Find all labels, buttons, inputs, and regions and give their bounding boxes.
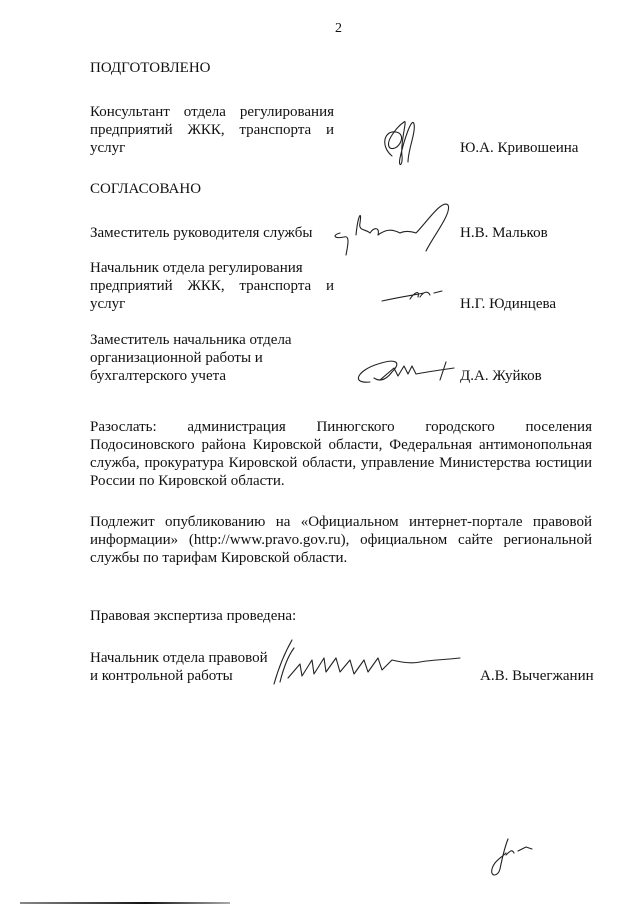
distribution-line-3: служба, прокуратура Кировской области, у… bbox=[90, 454, 592, 472]
signature-vychegzhanin bbox=[270, 636, 465, 688]
signer-3-position-line-3: бухгалтерского учета bbox=[90, 367, 226, 385]
distribution-line-4: России по Кировской области. bbox=[90, 472, 285, 490]
publication-line-2: информации» (http://www.pravo.gov.ru), о… bbox=[90, 531, 592, 549]
legal-review-position-line-2: и контрольной работы bbox=[90, 667, 233, 685]
signer-1-position-line-1: Заместитель руководителя службы bbox=[90, 224, 312, 242]
prepared-position-line-1: Консультант отдела регулирования bbox=[90, 103, 334, 121]
signer-1-name: Н.В. Мальков bbox=[460, 224, 548, 242]
signer-2-position-line-3: услуг bbox=[90, 295, 125, 313]
signature-yudintseva bbox=[380, 285, 450, 305]
prepared-position-line-2: предприятий ЖКК, транспорта и bbox=[90, 121, 334, 139]
signer-2-position-line-2: предприятий ЖКК, транспорта и bbox=[90, 277, 334, 295]
legal-review-name: А.В. Вычегжанин bbox=[480, 667, 594, 685]
legal-review-heading: Правовая экспертиза проведена: bbox=[90, 607, 296, 625]
legal-review-position-line-1: Начальник отдела правовой bbox=[90, 649, 268, 667]
bottom-rule bbox=[20, 902, 230, 904]
initials-mark bbox=[480, 835, 540, 880]
prepared-position-line-3: услуг bbox=[90, 139, 125, 157]
publication-line-3: службы по тарифам Кировской области. bbox=[90, 549, 347, 567]
signer-3-position-line-1: Заместитель начальника отдела bbox=[90, 331, 292, 349]
publication-line-1: Подлежит опубликованию на «Официальном и… bbox=[90, 513, 592, 531]
agreed-heading: СОГЛАСОВАНО bbox=[90, 180, 201, 198]
page-number: 2 bbox=[335, 20, 342, 38]
signature-kryvosheina bbox=[378, 112, 428, 172]
distribution-line-2: Подосиновского района Кировской области,… bbox=[90, 436, 592, 454]
signer-2-position-line-1: Начальник отдела регулирования bbox=[90, 259, 303, 277]
signer-3-position-line-2: организационной работы и bbox=[90, 349, 263, 367]
distribution-line-1: Разослать: администрация Пинюгского горо… bbox=[90, 418, 592, 436]
signer-3-name: Д.А. Жуйков bbox=[460, 367, 542, 385]
signature-malkov bbox=[330, 195, 465, 270]
signature-zhuikov bbox=[350, 352, 460, 392]
prepared-name: Ю.А. Кривошеина bbox=[460, 139, 578, 157]
signer-2-name: Н.Г. Юдинцева bbox=[460, 295, 556, 313]
prepared-heading: ПОДГОТОВЛЕНО bbox=[90, 59, 211, 77]
